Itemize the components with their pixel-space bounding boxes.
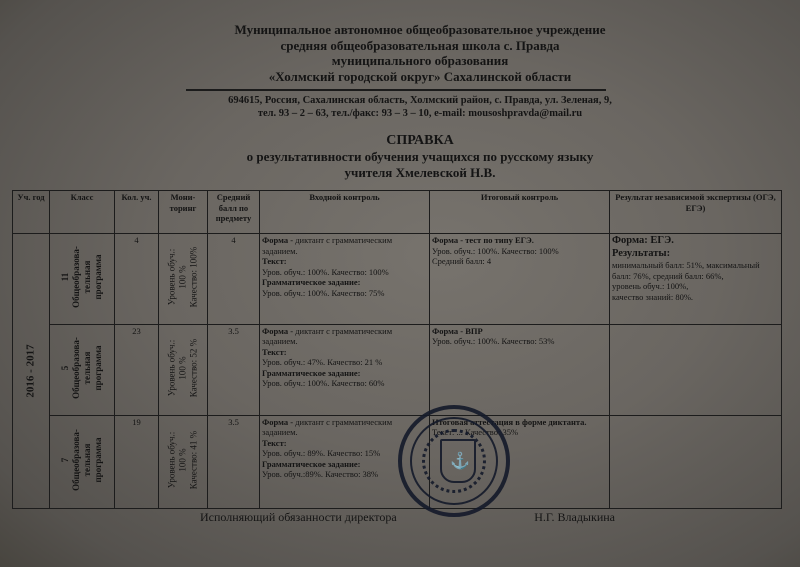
class-number: 7 xyxy=(60,425,71,495)
final-result: Уров. обуч.: 100%. Качество: 53% xyxy=(432,336,555,346)
monitoring-cell: Уровень обуч.: 100 % Качество: 52 % xyxy=(159,324,208,415)
address-line: 694615, Россия, Сахалинская область, Хол… xyxy=(180,94,660,107)
anchor-emblem-icon: ⚓ xyxy=(440,439,476,483)
avg-score: 3.5 xyxy=(208,415,260,508)
exam-result-line: минимальный балл: 51%, максимальный балл… xyxy=(612,260,760,281)
final-result: Уров. обуч.: 100%. Качество: 100% xyxy=(432,246,559,256)
col-header-independent-exam: Результат независимой экспертизы (ОГЭ, Е… xyxy=(610,191,782,234)
entry-text-result: Уров. обуч.: 47%. Качество: 21 % xyxy=(262,357,382,367)
col-header-monitoring: Мони-торинг xyxy=(159,191,208,234)
entry-control-cell: Форма - диктант с грамматическим задание… xyxy=(260,324,430,415)
monitoring-quality: Качество: 52 % xyxy=(189,332,200,404)
class-number: 11 xyxy=(60,242,71,312)
entry-text-result: Уров. обуч.: 89%. Качество: 15% xyxy=(262,448,380,458)
class-number: 5 xyxy=(60,333,71,403)
final-control-cell: Форма - ВПР Уров. обуч.: 100%. Качество:… xyxy=(430,324,610,415)
exam-results-label: Результаты: xyxy=(612,248,670,259)
header-line: «Холмский городской округ» Сахалинской о… xyxy=(180,69,660,85)
class-cell: 11 Общеобразова-тельная программа xyxy=(50,234,115,325)
header-divider xyxy=(186,89,606,91)
exam-result-line: уровень обуч.: 100%, xyxy=(612,281,688,291)
monitoring-cell: Уровень обуч.: 100 % Качество: 41 % xyxy=(159,415,208,508)
monitoring-level: Уровень обуч.: 100 % xyxy=(167,424,189,496)
monitoring-quality: Качество: 100% xyxy=(189,241,200,313)
entry-form-label: Форма - xyxy=(262,235,293,245)
entry-text-label: Текст: xyxy=(262,256,287,266)
col-header-students: Кол. уч. xyxy=(115,191,159,234)
school-header: Муниципальное автономное общеобразовател… xyxy=(180,22,660,84)
col-header-entry-control: Входной контроль xyxy=(260,191,430,234)
avg-score: 4 xyxy=(208,234,260,325)
entry-grammar-label: Грамматическое задание: xyxy=(262,459,360,469)
entry-grammar-result: Уров. обуч.:89%. Качество: 38% xyxy=(262,469,378,479)
entry-grammar-result: Уров. обуч.: 100%. Качество: 60% xyxy=(262,378,385,388)
entry-form-label: Форма - xyxy=(262,326,293,336)
monitoring-cell: Уровень обуч.: 100 % Качество: 100% xyxy=(159,234,208,325)
final-control-cell: Форма - тест по типу ЕГЭ. Уров. обуч.: 1… xyxy=(430,234,610,325)
year-cell: 2016 - 2017 xyxy=(13,234,50,509)
header-line: Муниципальное автономное общеобразовател… xyxy=(180,22,660,38)
exam-result-cell xyxy=(610,324,782,415)
entry-text-result: Уров. обуч.: 100%. Качество: 100% xyxy=(262,267,389,277)
official-seal-icon: ⚓ xyxy=(398,405,510,517)
monitoring-level: Уровень обуч.: 100 % xyxy=(167,332,189,404)
address-line: тел. 93 – 2 – 63, тел./факс: 93 – 3 – 10… xyxy=(180,107,660,120)
entry-grammar-result: Уров. обуч.: 100%. Качество: 75% xyxy=(262,288,385,298)
entry-text-label: Текст: xyxy=(262,438,287,448)
class-program: Общеобразова-тельная программа xyxy=(71,425,104,495)
header-line: средняя общеобразовательная школа с. Пра… xyxy=(180,38,660,54)
col-header-class: Класс xyxy=(50,191,115,234)
final-extra: Средний балл: 4 xyxy=(432,256,491,266)
class-cell: 5 Общеобразова-тельная программа xyxy=(50,324,115,415)
exam-result-cell xyxy=(610,415,782,508)
class-cell: 7 Общеобразова-тельная программа xyxy=(50,415,115,508)
exam-result-line: качество знаний: 80%. xyxy=(612,292,693,302)
final-form: Форма - тест по типу ЕГЭ. xyxy=(432,235,534,245)
table-header-row: Уч. год Класс Кол. уч. Мони-торинг Средн… xyxy=(13,191,782,234)
signatory-name: Н.Г. Владыкина xyxy=(534,510,615,525)
entry-control-cell: Форма - диктант с грамматическим задание… xyxy=(260,234,430,325)
entry-text-label: Текст: xyxy=(262,347,287,357)
school-year: 2016 - 2017 xyxy=(26,344,37,397)
col-header-year: Уч. год xyxy=(13,191,50,234)
monitoring-level: Уровень обуч.: 100 % xyxy=(167,241,189,313)
doc-type: СПРАВКА xyxy=(200,133,640,149)
results-table: Уч. год Класс Кол. уч. Мони-торинг Средн… xyxy=(12,190,782,509)
entry-form-label: Форма - xyxy=(262,417,293,427)
table-row: 7 Общеобразова-тельная программа 19 Уров… xyxy=(13,415,782,508)
document-photo: Муниципальное автономное общеобразовател… xyxy=(0,0,800,567)
entry-grammar-label: Грамматическое задание: xyxy=(262,277,360,287)
header-line: муниципального образования xyxy=(180,53,660,69)
table-row: 5 Общеобразова-тельная программа 23 Уров… xyxy=(13,324,782,415)
signatory-position: Исполняющий обязанности директора xyxy=(200,510,397,525)
exam-result-cell: Форма: ЕГЭ. Результаты: минимальный балл… xyxy=(610,234,782,325)
document-title: СПРАВКА о результативности обучения учащ… xyxy=(200,133,640,181)
title-line: о результативности обучения учащихся по … xyxy=(200,149,640,165)
avg-score: 3.5 xyxy=(208,324,260,415)
entry-grammar-label: Грамматическое задание: xyxy=(262,368,360,378)
monitoring-quality: Качество: 41 % xyxy=(189,424,200,496)
class-program: Общеобразова-тельная программа xyxy=(71,333,104,403)
students-count: 23 xyxy=(115,324,159,415)
col-header-final-control: Итоговый контроль xyxy=(430,191,610,234)
students-count: 19 xyxy=(115,415,159,508)
table-row: 2016 - 2017 11 Общеобразова-тельная прог… xyxy=(13,234,782,325)
title-line: учителя Хмелевской Н.В. xyxy=(200,165,640,181)
class-program: Общеобразова-тельная программа xyxy=(71,242,104,312)
exam-form: Форма: ЕГЭ. xyxy=(612,235,674,246)
col-header-avg-score: Средний балл по предмету xyxy=(208,191,260,234)
final-form: Форма - ВПР xyxy=(432,326,483,336)
school-address: 694615, Россия, Сахалинская область, Хол… xyxy=(180,94,660,120)
students-count: 4 xyxy=(115,234,159,325)
